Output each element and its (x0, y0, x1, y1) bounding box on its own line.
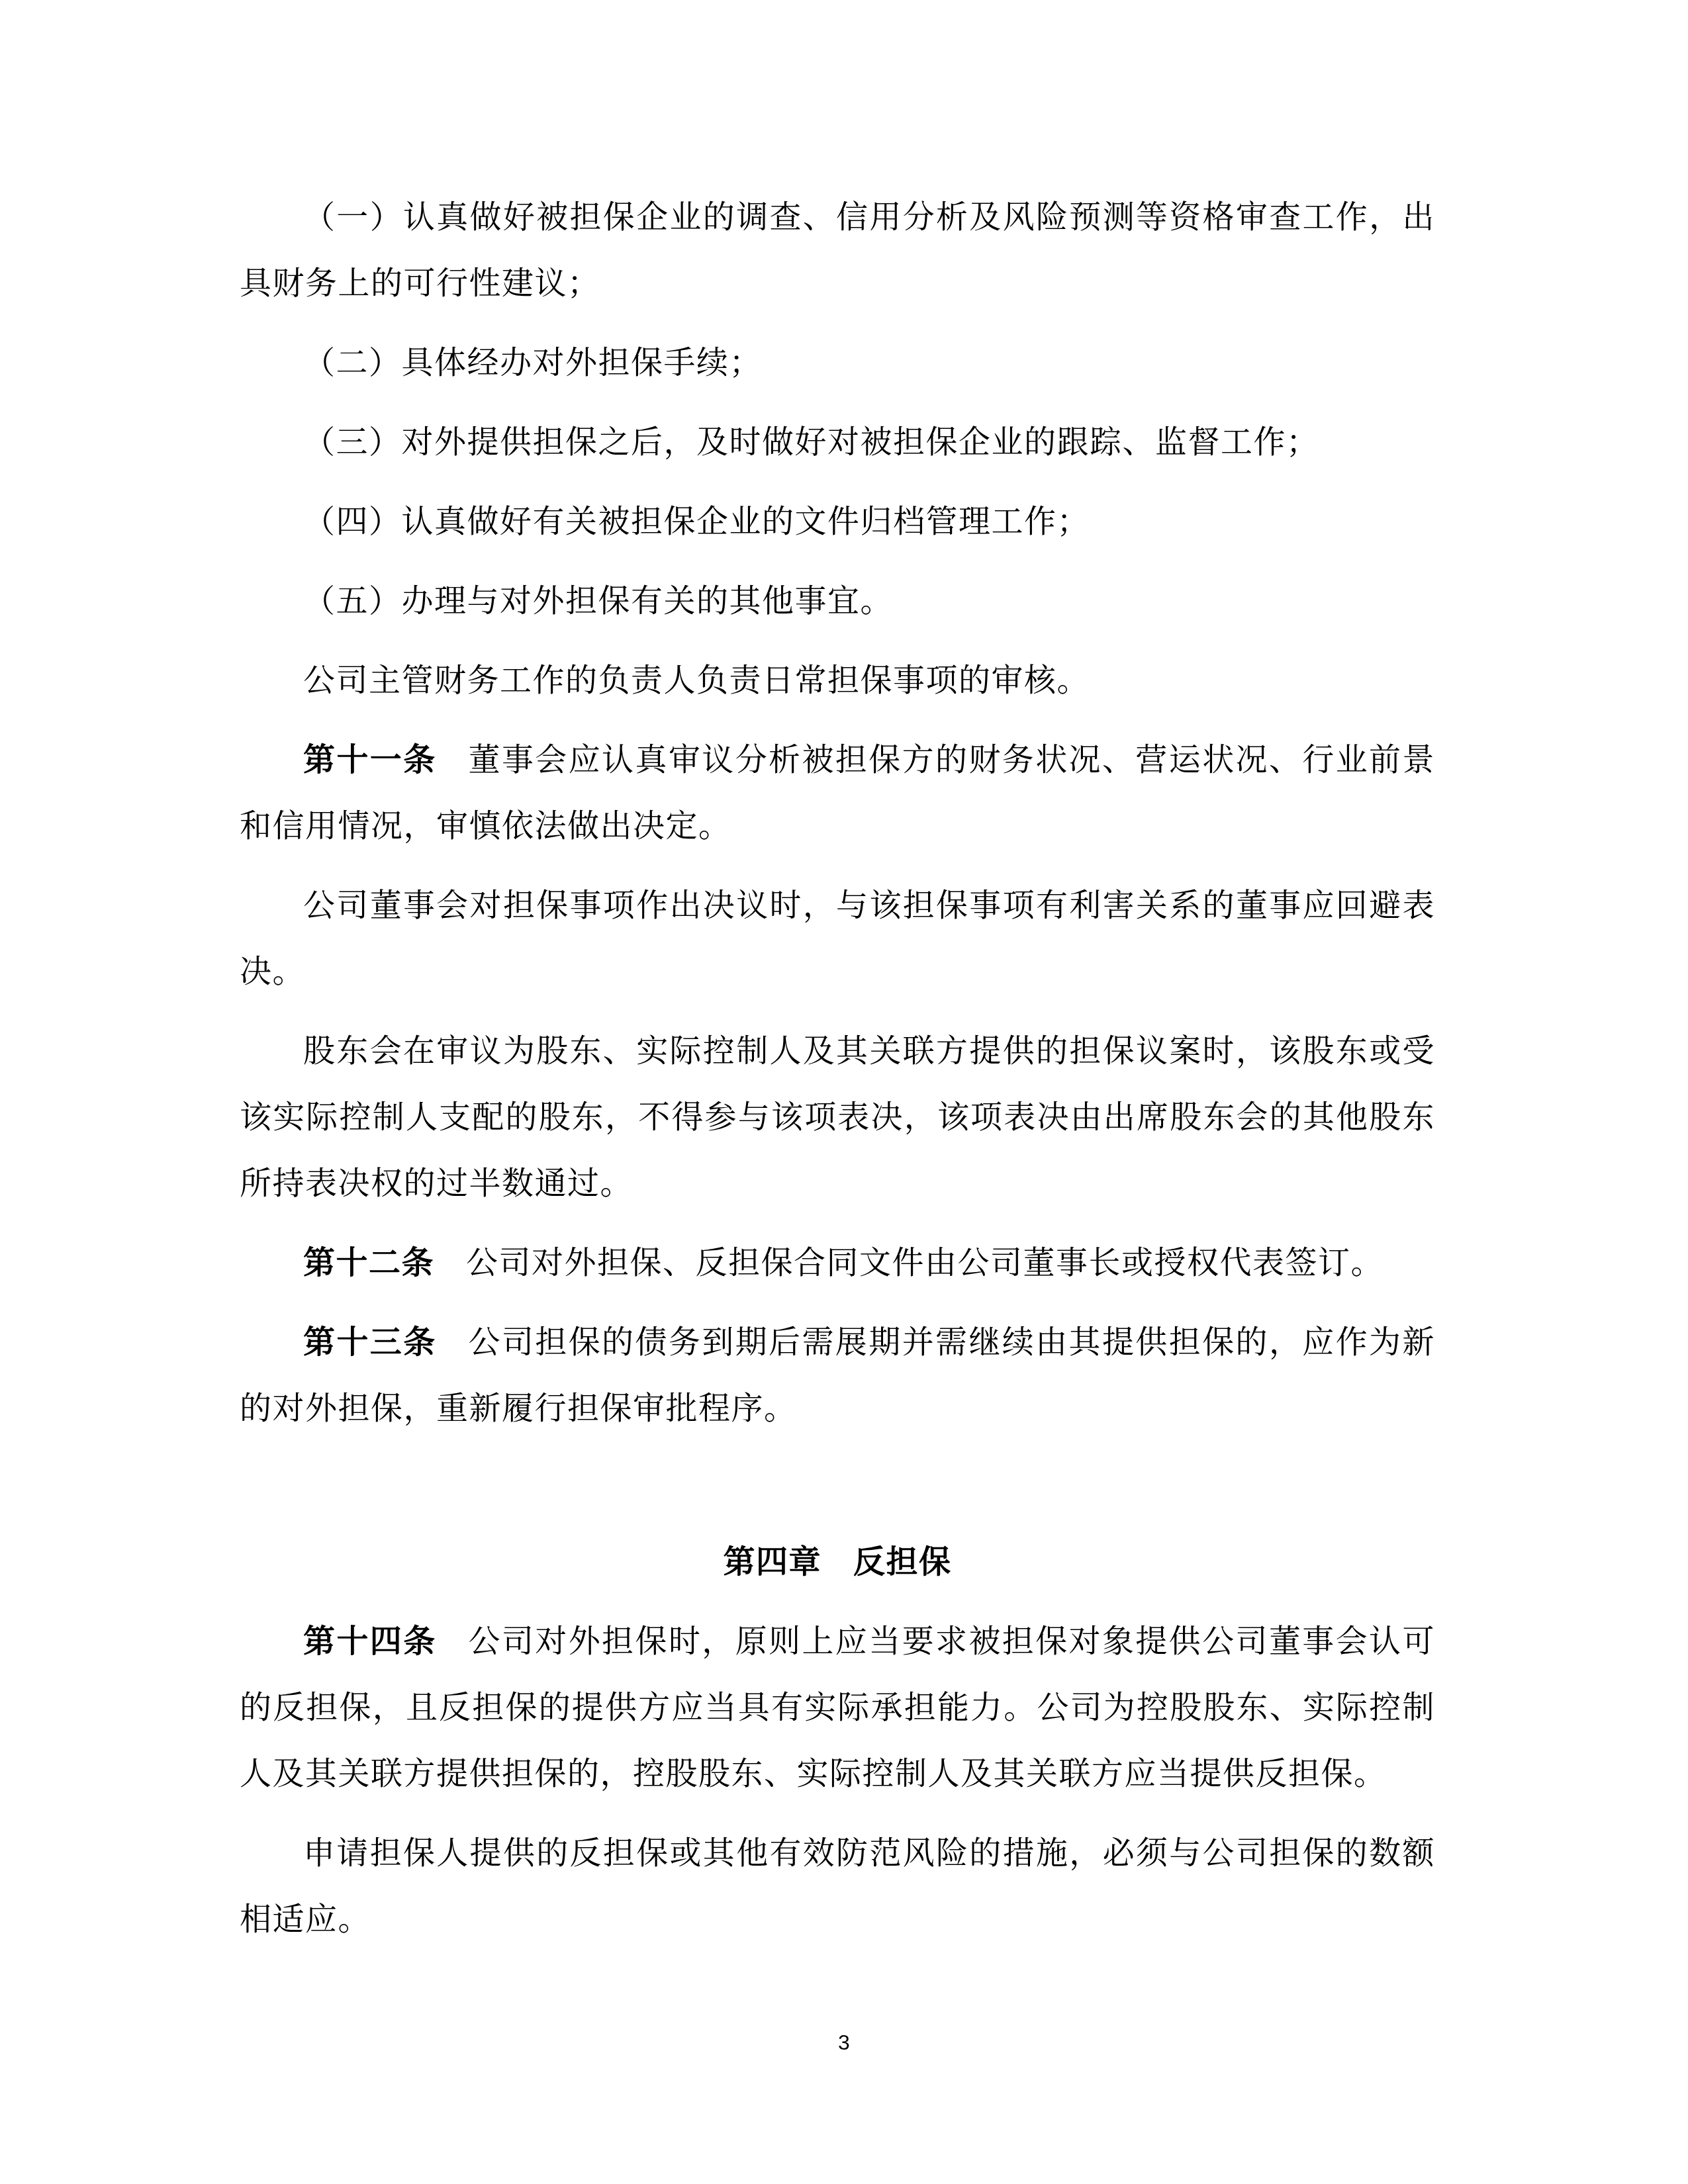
document-page: （一）认真做好被担保企业的调查、信用分析及风险预测等资格审查工作，出具财务上的可… (0, 0, 1688, 2184)
chapter-heading: 第四章反担保 (240, 1529, 1435, 1595)
paragraph-shareholder-vote: 股东会在审议为股东、实际控制人及其关联方提供的担保议案时，该股东或受该实际控制人… (240, 1018, 1435, 1216)
list-item-5: （五）办理与对外担保有关的其他事宜。 (240, 568, 1435, 634)
paragraph-text: （四）认真做好有关被担保企业的文件归档管理工作； (303, 503, 1090, 540)
chapter-number: 第四章 (723, 1543, 821, 1580)
page-number: 3 (0, 2029, 1688, 2056)
paragraph-board-recusal: 公司董事会对担保事项作出决议时，与该担保事项有利害关系的董事应回避表决。 (240, 872, 1435, 1005)
paragraph-counter-guarantee-amount: 申请担保人提供的反担保或其他有效防范风险的措施，必须与公司担保的数额相适应。 (240, 1820, 1435, 1952)
article-label: 第十二条 (303, 1244, 434, 1281)
paragraph-finance-review: 公司主管财务工作的负责人负责日常担保事项的审核。 (240, 647, 1435, 713)
paragraph-text: （五）办理与对外担保有关的其他事宜。 (303, 582, 893, 619)
paragraph-text: 股东会在审议为股东、实际控制人及其关联方提供的担保议案时，该股东或受该实际控制人… (240, 1032, 1435, 1202)
list-item-3: （三）对外提供担保之后，及时做好对被担保企业的跟踪、监督工作； (240, 409, 1435, 475)
article-12: 第十二条公司对外担保、反担保合同文件由公司董事长或授权代表签订。 (240, 1230, 1435, 1296)
paragraph-text: 申请担保人提供的反担保或其他有效防范风险的措施，必须与公司担保的数额相适应。 (240, 1835, 1435, 1938)
paragraph-text: 公司主管财务工作的负责人负责日常担保事项的审核。 (303, 662, 1090, 699)
document-body: （一）认真做好被担保企业的调查、信用分析及风险预测等资格审查工作，出具财务上的可… (240, 184, 1435, 1966)
paragraph-text: 公司董事会对担保事项作出决议时，与该担保事项有利害关系的董事应回避表决。 (240, 887, 1435, 990)
paragraph-text: （二）具体经办对外担保手续； (303, 344, 762, 381)
paragraph-text: 公司对外担保、反担保合同文件由公司董事长或授权代表签订。 (466, 1244, 1383, 1281)
article-11: 第十一条董事会应认真审议分析被担保方的财务状况、营运状况、行业前景和信用情况，审… (240, 727, 1435, 859)
article-14: 第十四条公司对外担保时，原则上应当要求被担保对象提供公司董事会认可的反担保，且反… (240, 1608, 1435, 1807)
article-label: 第十三条 (303, 1324, 437, 1361)
article-label: 第十一条 (303, 741, 437, 778)
section-spacer (240, 1455, 1435, 1529)
list-item-2: （二）具体经办对外担保手续； (240, 330, 1435, 396)
paragraph-text: （三）对外提供担保之后，及时做好对被担保企业的跟踪、监督工作； (303, 424, 1319, 461)
article-label: 第十四条 (303, 1623, 437, 1660)
list-item-1: （一）认真做好被担保企业的调查、信用分析及风险预测等资格审查工作，出具财务上的可… (240, 184, 1435, 316)
chapter-title: 反担保 (853, 1543, 952, 1580)
list-item-4: （四）认真做好有关被担保企业的文件归档管理工作； (240, 488, 1435, 555)
article-13: 第十三条公司担保的债务到期后需展期并需继续由其提供担保的，应作为新的对外担保，重… (240, 1309, 1435, 1441)
paragraph-text: （一）认真做好被担保企业的调查、信用分析及风险预测等资格审查工作，出具财务上的可… (240, 199, 1435, 302)
